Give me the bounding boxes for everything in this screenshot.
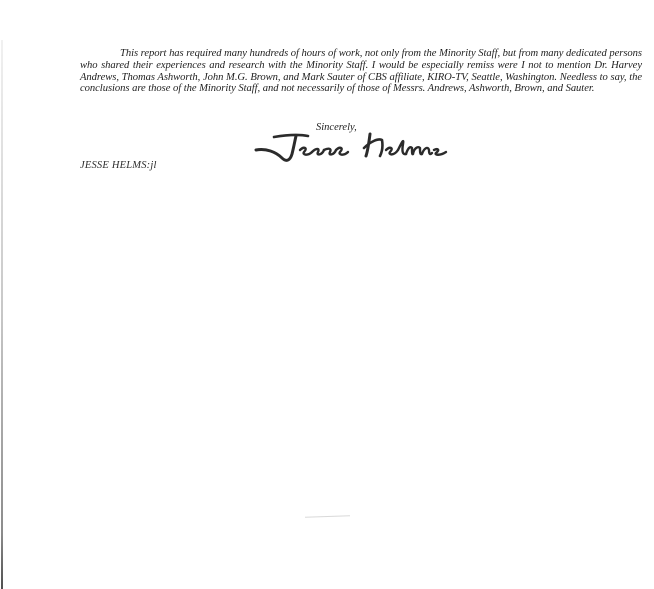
handwritten-signature: [252, 128, 462, 168]
body-paragraph: This report has required many hundreds o…: [80, 48, 642, 95]
scan-artifact: [305, 515, 350, 518]
scan-edge-shadow: [1, 40, 3, 589]
typist-initials: JESSE HELMS:jl: [80, 160, 157, 171]
